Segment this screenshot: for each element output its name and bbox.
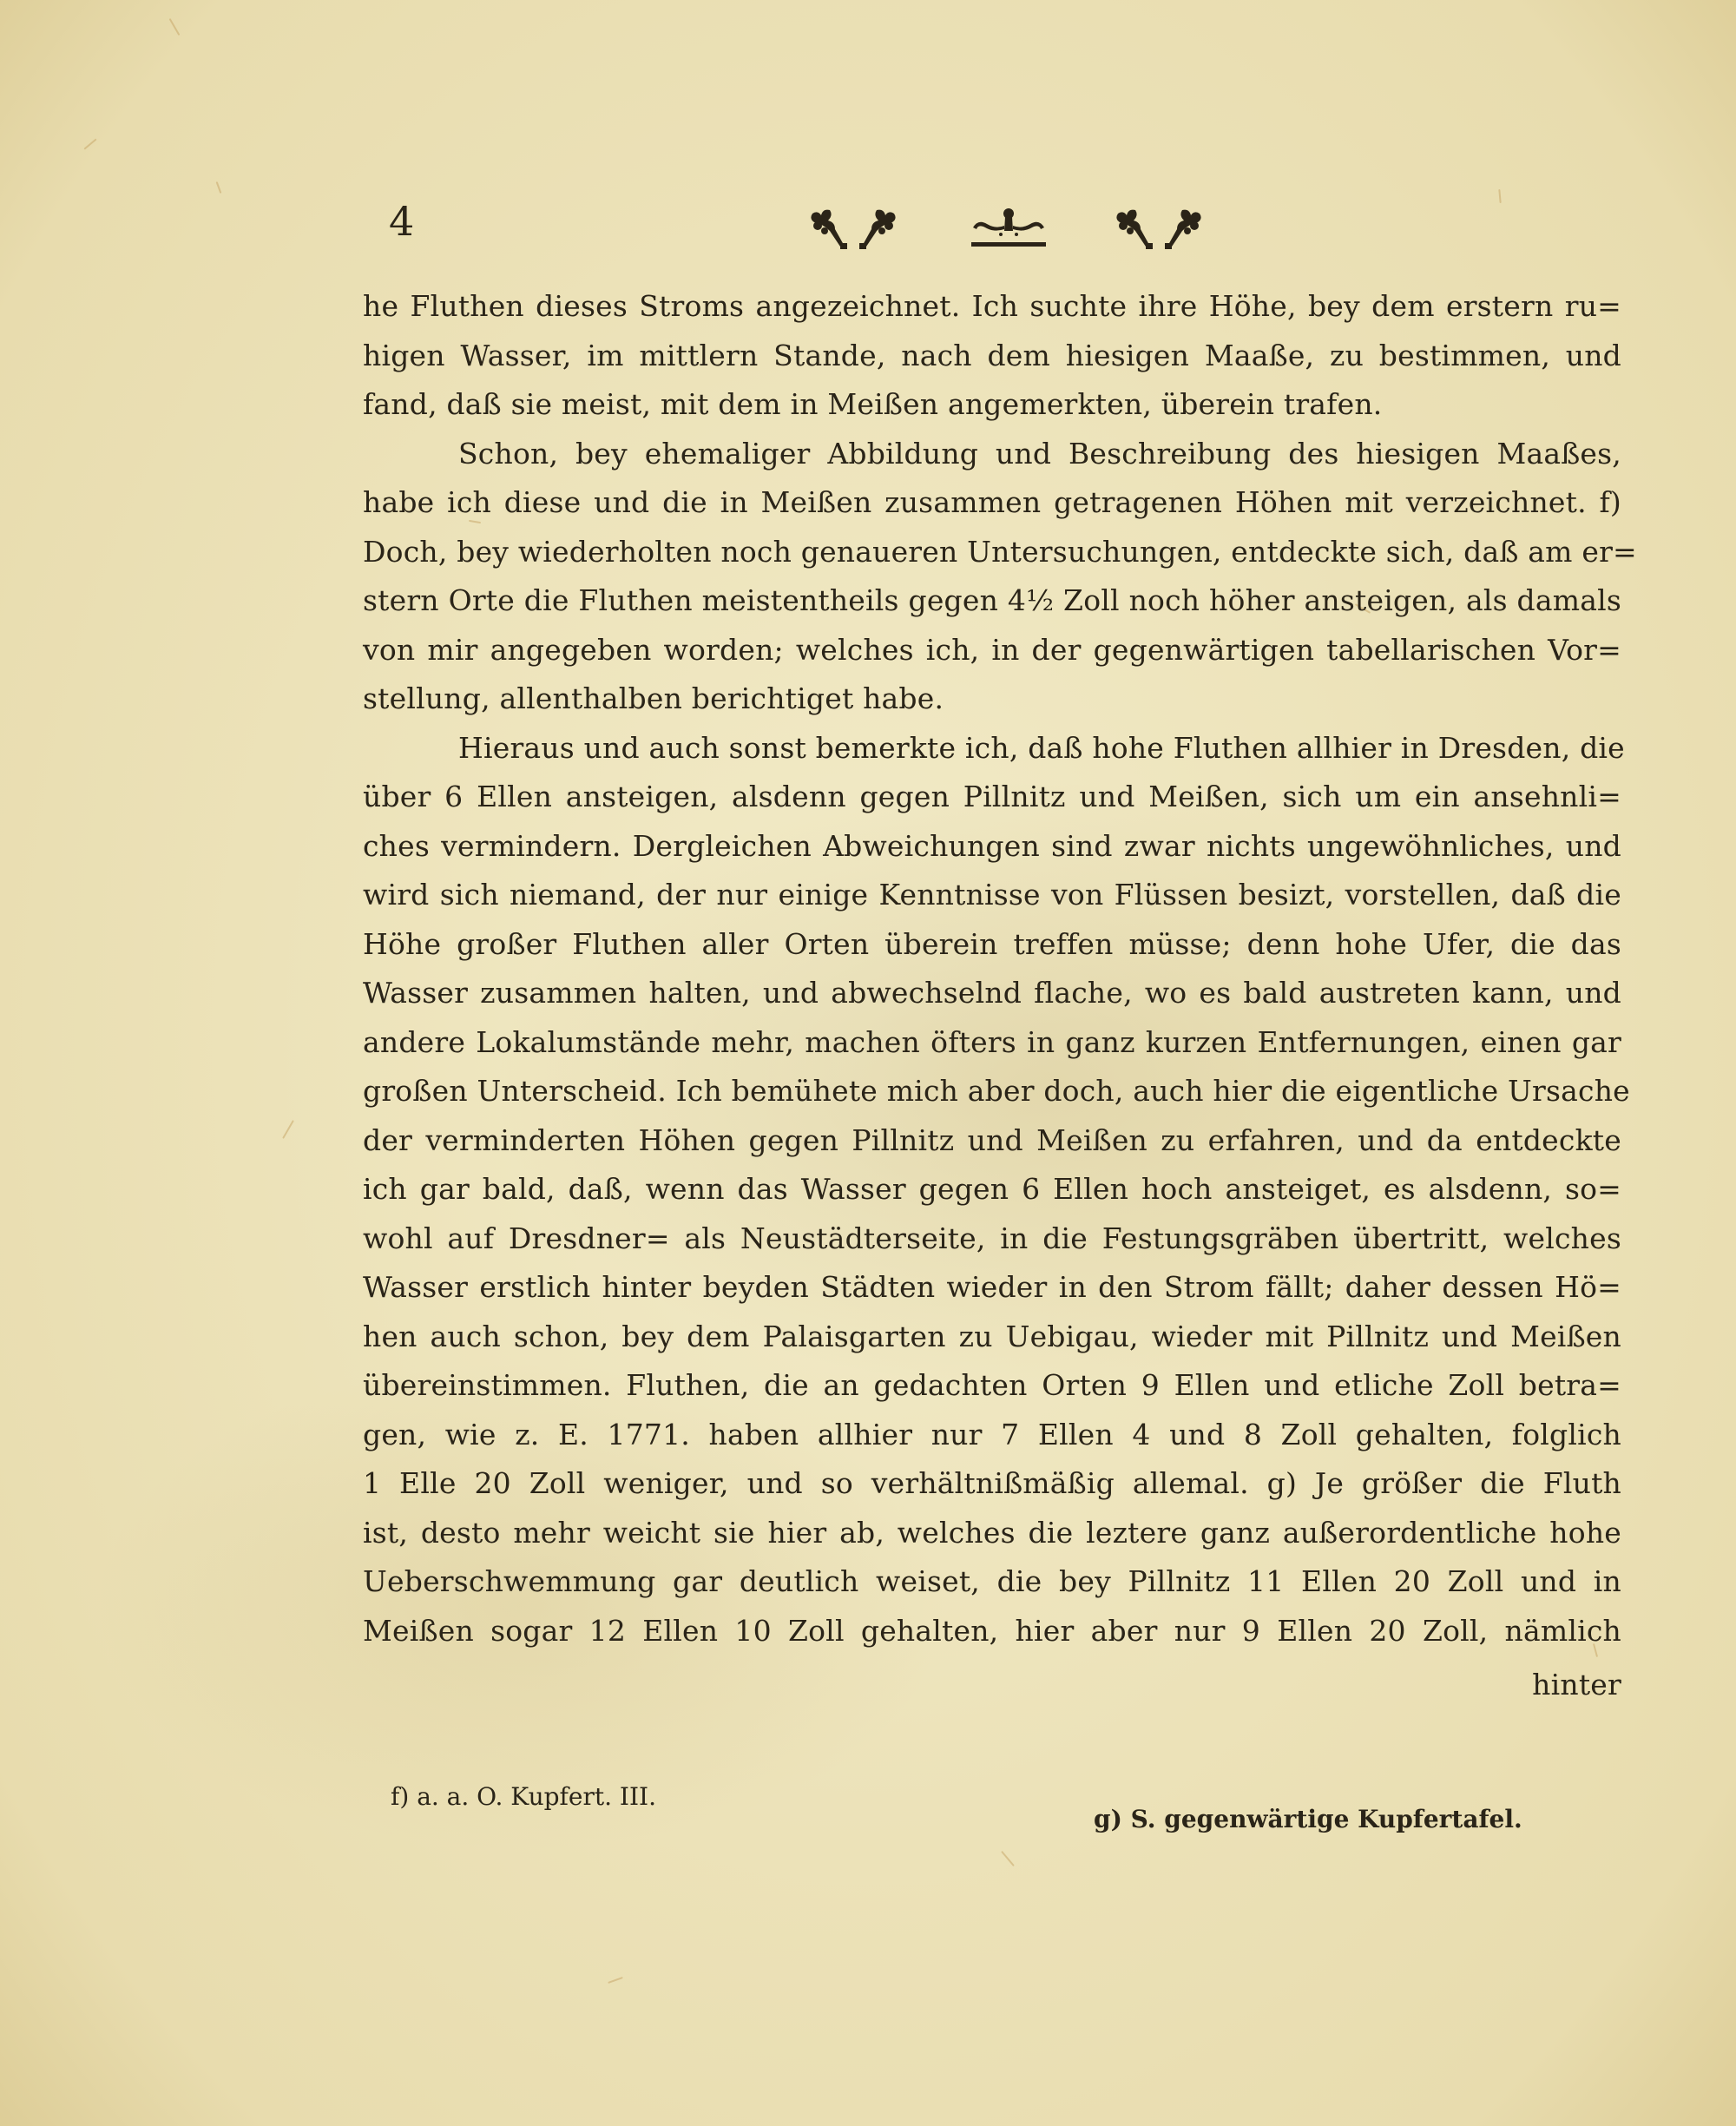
footnote-g: g) S. gegenwärtige Kupfertafel. <box>1094 1805 1522 1833</box>
text-line: hen auch schon, bey dem Palaisgarten zu … <box>363 1313 1621 1362</box>
text-line: Doch, bey wiederholten noch genaueren Un… <box>363 528 1621 577</box>
floral-sprig-pair-icon <box>1111 205 1207 248</box>
page-number: 4 <box>389 198 414 245</box>
floral-sprig-pair-icon <box>806 205 901 248</box>
paper-fiber <box>282 1120 294 1139</box>
paper-fiber <box>1001 1851 1015 1866</box>
text-line: Ueberschwemmung gar deutlich weiset, die… <box>363 1557 1621 1607</box>
catchword: hinter <box>363 1661 1621 1710</box>
text-line: fand, daß sie meist, mit dem in Meißen a… <box>363 380 1621 430</box>
paper-fiber <box>83 138 96 149</box>
text-line: der verminderten Höhen gegen Pillnitz un… <box>363 1116 1621 1166</box>
text-line: von mir angegeben worden; welches ich, i… <box>363 626 1621 675</box>
footnote-f: f) a. a. O. Kupfert. III. <box>391 1782 656 1811</box>
page-header: 4 <box>382 198 1632 259</box>
text-line: Höhe großer Fluthen aller Orten überein … <box>363 920 1621 970</box>
text-line: habe ich diese und die in Meißen zusamme… <box>363 478 1621 528</box>
text-line: stern Orte die Fluthen meistentheils geg… <box>363 576 1621 626</box>
paper-fiber <box>608 1977 623 1984</box>
text-line: higen Wasser, im mittlern Stande, nach d… <box>363 332 1621 381</box>
crown-ornament-icon <box>970 205 1048 248</box>
paragraph-start-line: Hieraus und auch sonst bemerkte ich, daß… <box>363 724 1621 773</box>
paper-fiber <box>169 18 181 36</box>
text-line: über 6 Ellen ansteigen, alsdenn gegen Pi… <box>363 773 1621 822</box>
text-line: stellung, allenthalben berichtiget habe. <box>363 675 1621 724</box>
paragraph-start-line: Schon, bey ehemaliger Abbildung und Besc… <box>363 430 1621 479</box>
paper-page: 4 <box>0 0 1736 2126</box>
text-line: Wasser erstlich hinter beyden Städten wi… <box>363 1263 1621 1313</box>
text-line: übereinstimmen. Fluthen, die an gedachte… <box>363 1361 1621 1411</box>
text-line: ist, desto mehr weicht sie hier ab, welc… <box>363 1509 1621 1558</box>
text-line: wohl auf Dresdner= als Neustädterseite, … <box>363 1214 1621 1264</box>
footnotes: f) a. a. O. Kupfert. III. g) S. gegenwär… <box>391 1782 1623 1834</box>
text-line: gen, wie z. E. 1771. haben allhier nur 7… <box>363 1411 1621 1460</box>
text-line: Wasser zusammen halten, und abwechselnd … <box>363 969 1621 1018</box>
text-line: andere Lokalumstände mehr, machen öfters… <box>363 1018 1621 1068</box>
text-line: Meißen sogar 12 Ellen 10 Zoll gehalten, … <box>363 1607 1621 1656</box>
text-line: ches vermindern. Dergleichen Abweichunge… <box>363 822 1621 872</box>
text-line: großen Unterscheid. Ich bemühete mich ab… <box>363 1067 1621 1116</box>
text-line: ich gar bald, daß, wenn das Wasser gegen… <box>363 1165 1621 1214</box>
text-line: 1 Elle 20 Zoll weniger, und so verhältni… <box>363 1459 1621 1509</box>
paper-fiber <box>216 181 222 194</box>
text-line: he Fluthen dieses Stroms angezeichnet. I… <box>363 282 1621 332</box>
text-line: wird sich niemand, der nur einige Kenntn… <box>363 871 1621 920</box>
body-text: he Fluthen dieses Stroms angezeichnet. I… <box>363 282 1621 1710</box>
